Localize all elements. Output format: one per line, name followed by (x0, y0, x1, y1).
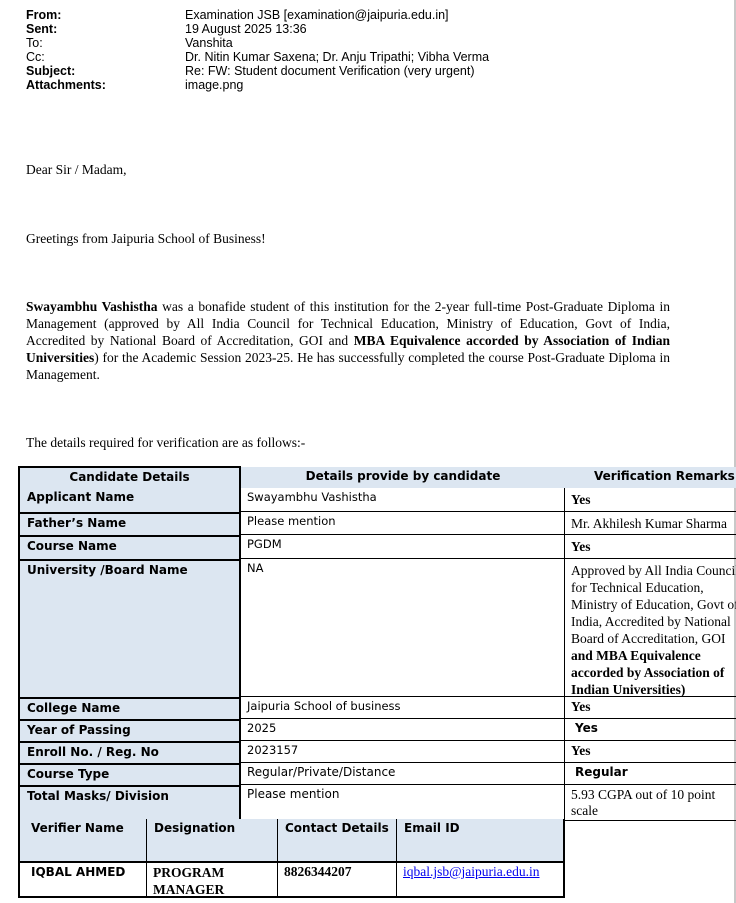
from-label: From: (26, 8, 185, 22)
student-name: Swayambhu Vashistha (26, 299, 157, 314)
header-from: From: Examination JSB [examination@jaipu… (26, 8, 489, 22)
row-remark-course-name: Yes (565, 535, 736, 559)
details-intro: The details required for verification ar… (26, 435, 305, 451)
verifier-header-email: Email ID (397, 819, 565, 862)
attachments-label: Attachments: (26, 78, 185, 92)
to-value[interactable]: Vanshita (185, 36, 233, 50)
verifier-contact: 8826344207 (278, 861, 397, 898)
header-candidate-details: Candidate Details (18, 466, 241, 488)
row-value-course-type: Regular/Private/Distance (241, 763, 565, 785)
verifier-header-name: Verifier Name (18, 819, 147, 862)
row-label-college-name: College Name (18, 697, 241, 719)
attachment-file[interactable]: image.png (185, 78, 243, 92)
row-label-university: University /Board Name (18, 559, 241, 697)
row-remark-applicant-name: Yes (565, 488, 736, 512)
row-value-college-name: Jaipuria School of business (241, 697, 565, 719)
sent-value: 19 August 2025 13:36 (185, 22, 307, 36)
row-remark-total-marks: 5.93 CGPA out of 10 point scale (565, 785, 736, 821)
remark-university-plain: Approved by All India Council for Techni… (571, 563, 736, 646)
header-subject: Subject: Re: FW: Student document Verifi… (26, 64, 489, 78)
header-attachments: Attachments: image.png (26, 78, 489, 92)
row-value-enroll-no: 2023157 (241, 741, 565, 763)
verifier-name: IQBAL AHMED (18, 861, 147, 898)
row-value-total-marks: Please mention (241, 785, 565, 821)
remark-university-bold: and MBA Equivalence accorded by Associat… (571, 648, 724, 697)
row-remark-enroll-no: Yes (565, 741, 736, 763)
row-label-course-type: Course Type (18, 763, 241, 785)
greeting: Greetings from Jaipuria School of Busine… (26, 231, 266, 247)
email-header: From: Examination JSB [examination@jaipu… (26, 8, 489, 92)
row-remark-university: Approved by All India Council for Techni… (565, 559, 736, 697)
subject-label: Subject: (26, 64, 185, 78)
verifier-header-designation: Designation (147, 819, 278, 862)
salutation: Dear Sir / Madam, (26, 162, 126, 178)
cc-label: Cc: (26, 50, 185, 64)
row-value-year-of-passing: 2025 (241, 719, 565, 741)
header-details-provided: Details provide by candidate (241, 467, 565, 488)
row-label-applicant-name: Applicant Name (18, 488, 241, 512)
cc-value[interactable]: Dr. Nitin Kumar Saxena; Dr. Anju Tripath… (185, 50, 489, 64)
row-value-course-name: PGDM (241, 535, 565, 559)
row-remark-fathers-name: Mr. Akhilesh Kumar Sharma (565, 512, 736, 535)
from-value[interactable]: Examination JSB [examination@jaipuria.ed… (185, 8, 449, 22)
row-value-fathers-name: Please mention (241, 512, 565, 535)
remark-university-end: ) (681, 682, 686, 697)
row-remark-college-name: Yes (565, 697, 736, 719)
verifier-email-cell: iqbal.jsb@jaipuria.edu.in (397, 861, 565, 898)
header-to: To: Vanshita (26, 36, 489, 50)
row-value-applicant-name: Swayambhu Vashistha (241, 488, 565, 512)
body-paragraph: Swayambhu Vashistha was a bonafide stude… (26, 298, 670, 383)
to-label: To: (26, 36, 185, 50)
sent-label: Sent: (26, 22, 185, 36)
para-text-2: ) for the Academic Session 2023-25. He h… (26, 350, 670, 382)
row-label-course-name: Course Name (18, 535, 241, 559)
verifier-header-contact: Contact Details (278, 819, 397, 862)
row-label-enroll-no: Enroll No. / Reg. No (18, 741, 241, 763)
row-label-year-of-passing: Year of Passing (18, 719, 241, 741)
verifier-email-link[interactable]: iqbal.jsb@jaipuria.edu.in (403, 864, 540, 879)
subject-value: Re: FW: Student document Verification (v… (185, 64, 474, 78)
header-sent: Sent: 19 August 2025 13:36 (26, 22, 489, 36)
row-value-university: NA (241, 559, 565, 697)
header-verification-remarks: Verification Remarks (565, 467, 736, 488)
row-label-total-marks: Total Masks/ Division (18, 785, 241, 821)
row-remark-course-type: Regular (565, 763, 736, 785)
header-cc: Cc: Dr. Nitin Kumar Saxena; Dr. Anju Tri… (26, 50, 489, 64)
row-label-fathers-name: Father’s Name (18, 512, 241, 535)
verifier-designation: PROGRAM MANAGER (147, 861, 278, 898)
row-remark-year-of-passing: Yes (565, 719, 736, 741)
